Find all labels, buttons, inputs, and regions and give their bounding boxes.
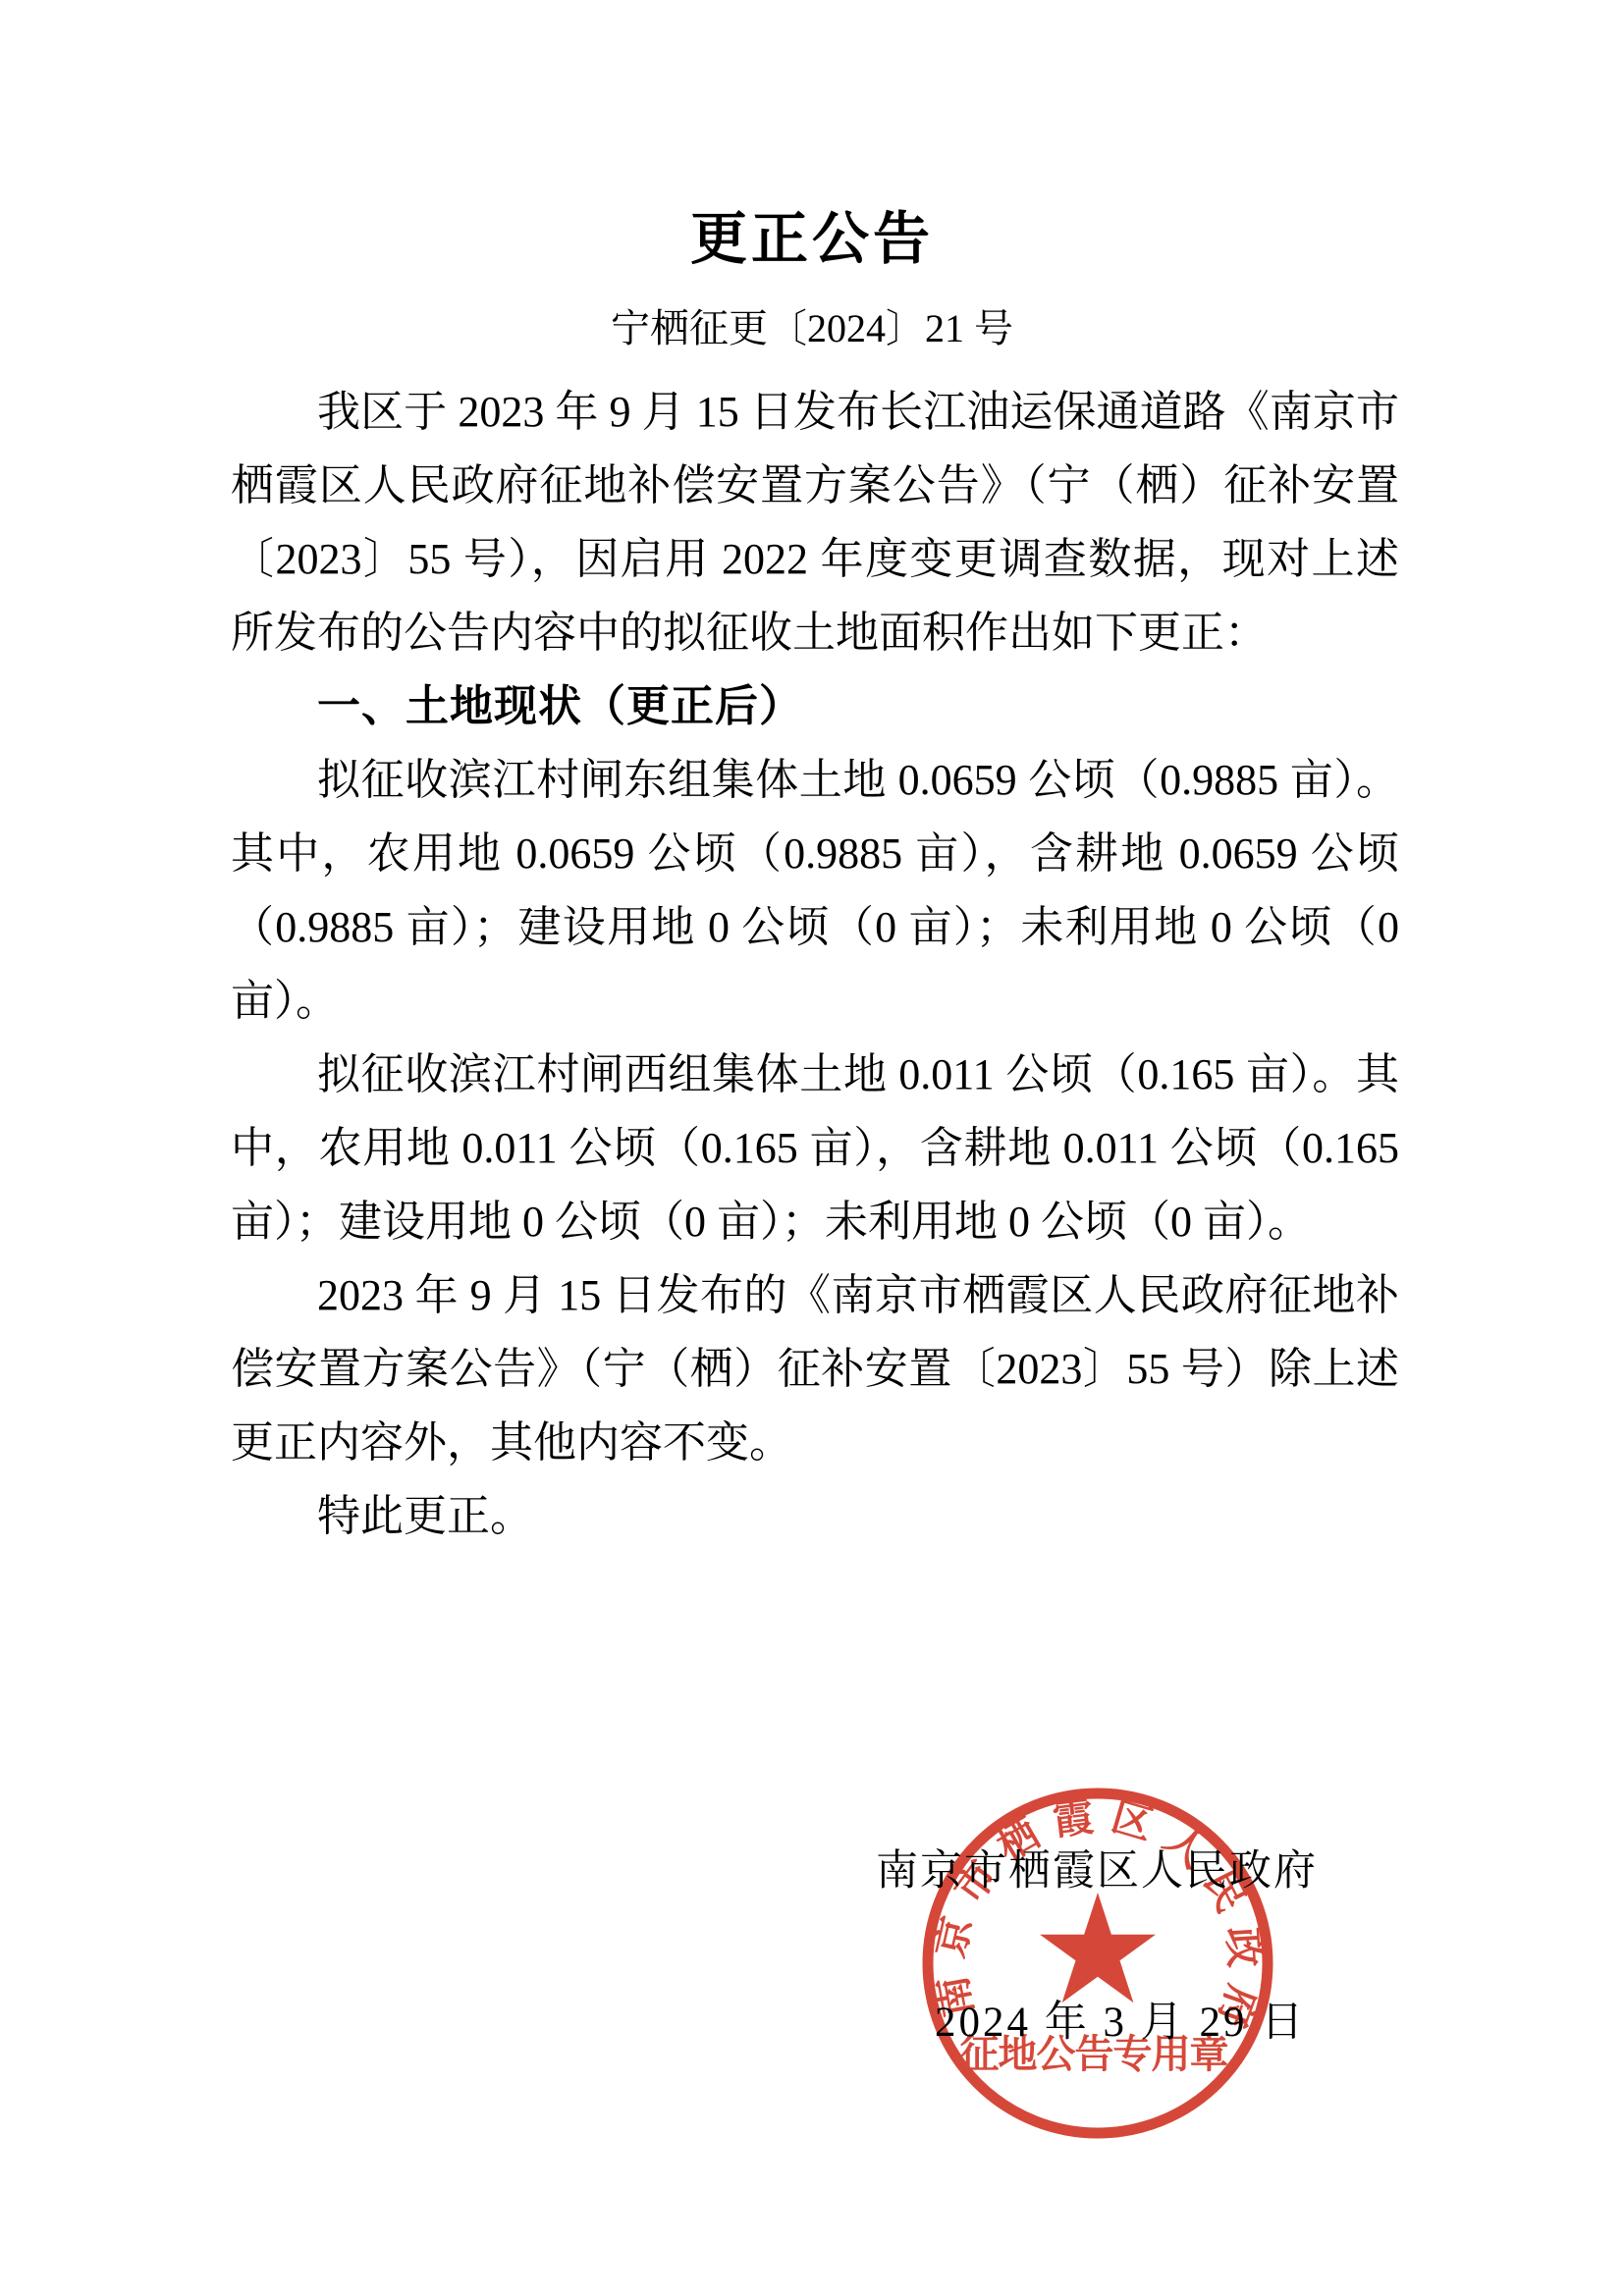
page-title: 更正公告 — [0, 192, 1624, 275]
paragraph: 2023 年 9 月 15 日发布的《南京市栖霞区人民政府征地补偿安置方案公告》… — [231, 1258, 1399, 1479]
issue-date: 2024 年 3 月 29 日 — [935, 1989, 1306, 2049]
document-number: 宁栖征更〔2024〕21 号 — [0, 297, 1624, 353]
paragraph: 拟征收滨江村闸西组集体土地 0.011 公顷（0.165 亩）。其中，农用地 0… — [231, 1038, 1399, 1258]
paragraph: 我区于 2023 年 9 月 15 日发布长江油运保通道路《南京市栖霞区人民政府… — [231, 375, 1399, 669]
seal-star-icon — [1040, 1893, 1156, 2002]
section-heading: 一、土地现状（更正后） — [231, 669, 1399, 743]
document-body: 我区于 2023 年 9 月 15 日发布长江油运保通道路《南京市栖霞区人民政府… — [231, 375, 1399, 1553]
notice-page: 更正公告 宁栖征更〔2024〕21 号 我区于 2023 年 9 月 15 日发… — [0, 0, 1624, 2296]
paragraph: 特此更正。 — [231, 1479, 1399, 1553]
issuer-signature: 南京市栖霞区人民政府 — [876, 1838, 1318, 1897]
official-seal: 南京市栖霞区人民政府 征地公告专用章 — [901, 1767, 1294, 2160]
paragraph: 拟征收滨江村闸东组集体土地 0.0659 公顷（0.9885 亩）。其中，农用地… — [231, 743, 1399, 1038]
